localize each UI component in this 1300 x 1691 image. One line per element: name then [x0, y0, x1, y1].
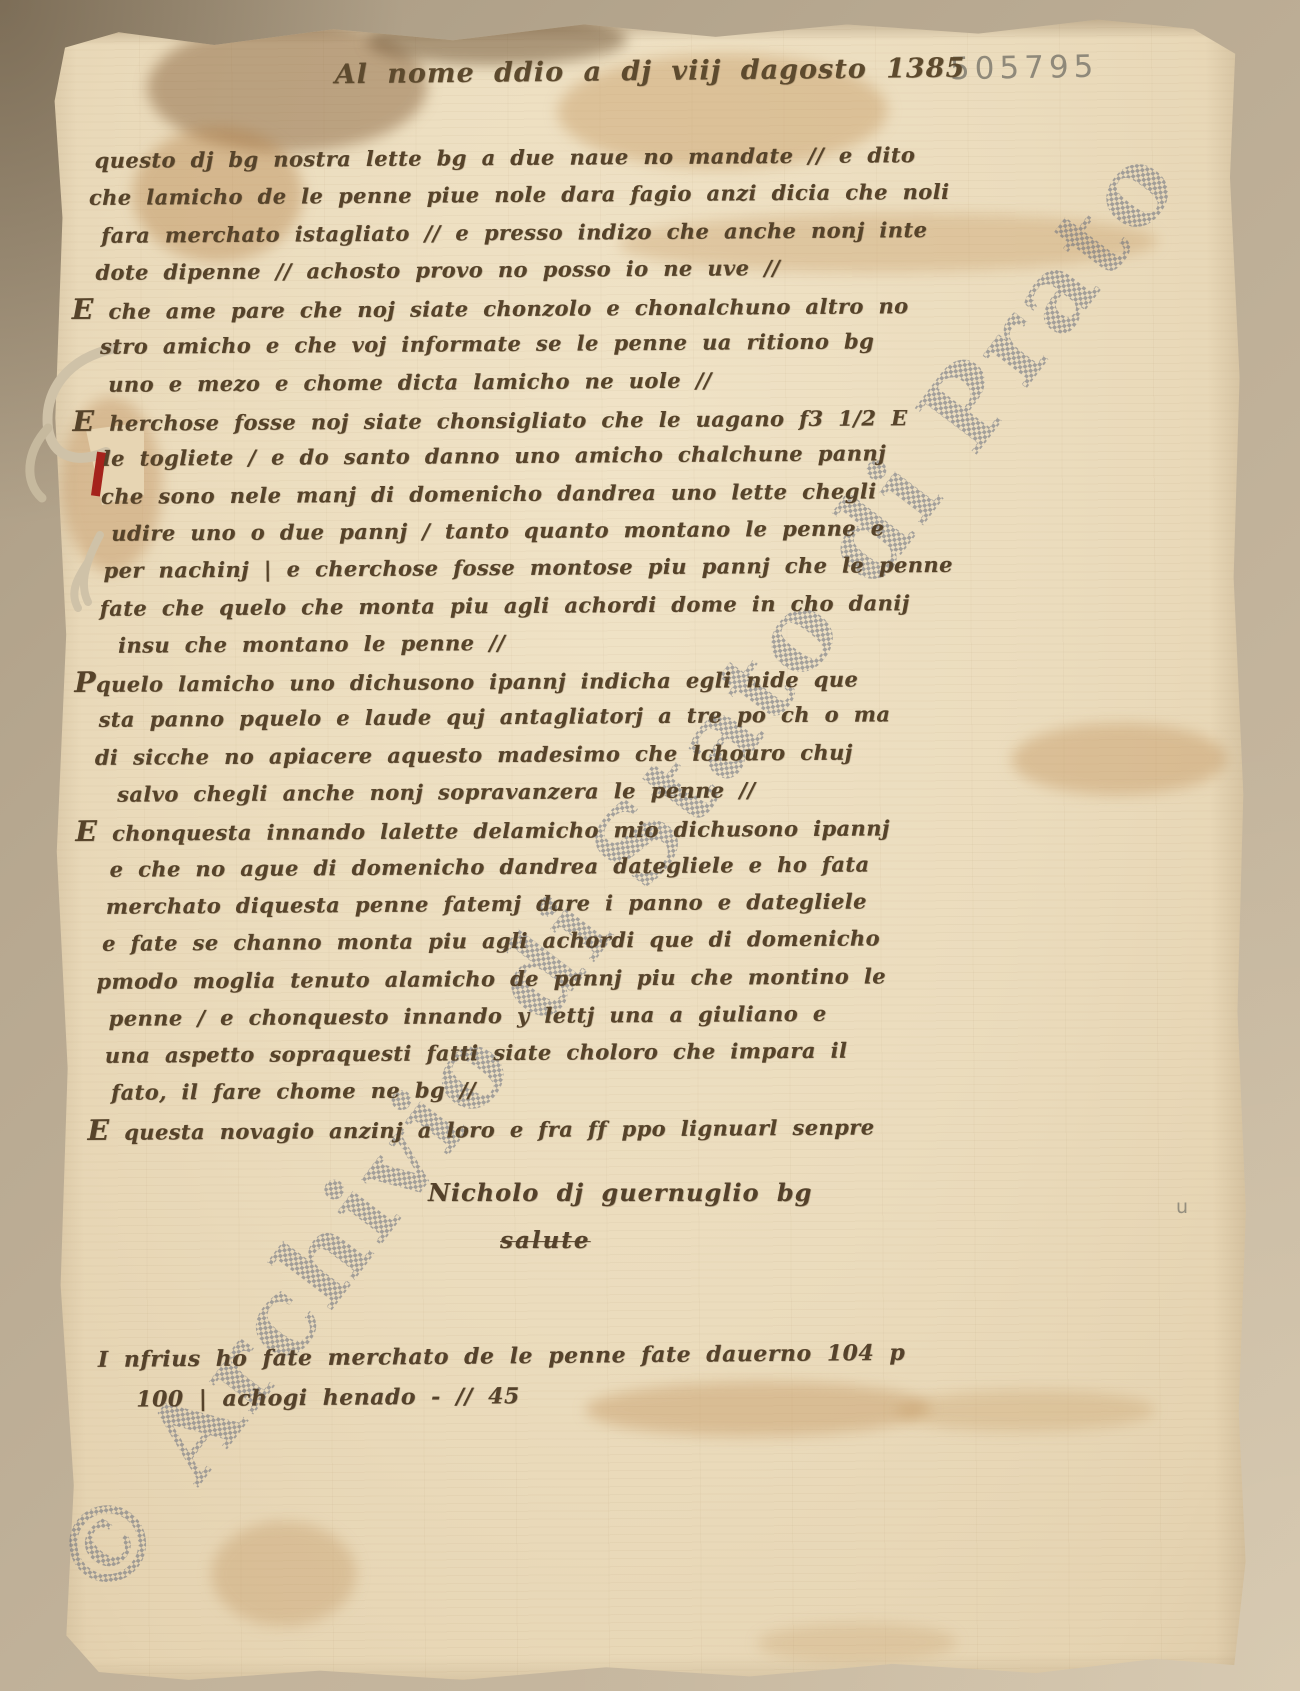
signature-name: Nicholo dj guernuglio bg — [428, 1178, 812, 1207]
stain — [757, 1622, 957, 1663]
signature-block: Nicholo dj guernuglio bg salute — [428, 1178, 812, 1254]
scanned-manuscript-page: © Archivio di Stato di Prato 505795 u Al… — [0, 0, 1300, 1691]
margin-mark: u — [1176, 1196, 1188, 1218]
postscript-block: I nfrius ho fate merchato de le penne fa… — [98, 1337, 1219, 1413]
stain — [211, 1521, 357, 1627]
manuscript-body: questo dj bg nostra lette bg a due naue … — [84, 134, 1221, 1149]
signature-salute: salute — [500, 1227, 812, 1254]
manuscript-line: E questa novagio anzinj a loro e fra ff … — [101, 1104, 1221, 1149]
